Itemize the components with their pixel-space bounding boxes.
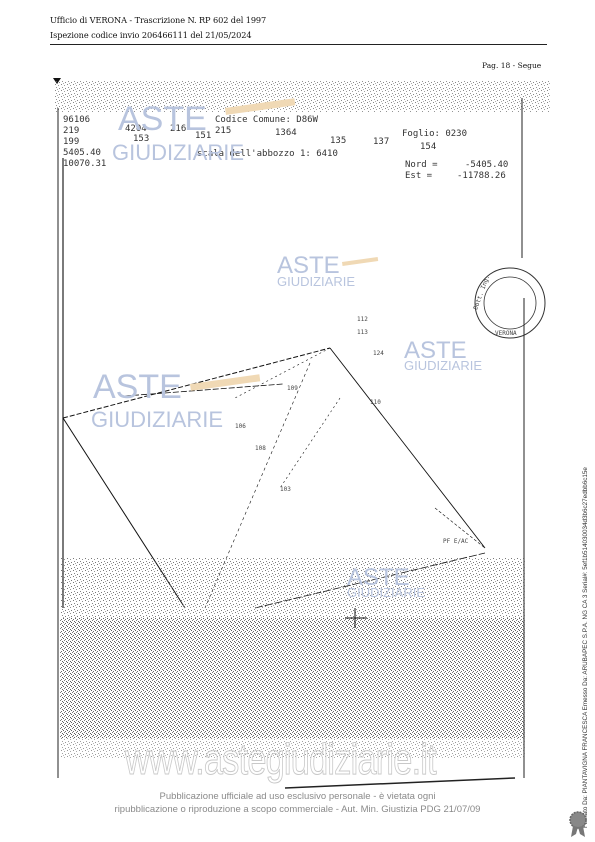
code-value: 10070.31 <box>63 159 106 169</box>
url-watermark: www.astegiudiziarie.it <box>125 735 436 785</box>
east-label: Est = <box>405 171 433 181</box>
code-value: 219 <box>63 126 79 136</box>
corner-label: PF E/AC <box>443 538 469 545</box>
north-label: Nord = <box>405 160 438 170</box>
footer-notice-line2: ripubblicazione o riproduzione a scopo c… <box>0 804 595 815</box>
parcel-value: 137 <box>373 137 389 147</box>
document-header-office: Ufficio di VERONA - Trascrizione N. RP 6… <box>50 15 266 25</box>
code-value: 96106 <box>63 115 90 125</box>
header-divider <box>50 44 547 45</box>
parcel-value: 153 <box>133 134 149 144</box>
parcel-value: 151 <box>195 131 211 141</box>
north-value: -5405.40 <box>465 160 508 170</box>
digital-signature-note: Firmato Da: PIANTAVIGNA FRANCESCA Emesso… <box>582 388 589 828</box>
point-label: 108 <box>255 445 266 452</box>
svg-text:VERONA: VERONA <box>495 330 517 337</box>
document-header-inspection: Ispezione codice invio 206466111 del 21/… <box>50 30 251 40</box>
footer-notice-line1: Pubblicazione ufficiale ad uso esclusivo… <box>0 791 595 802</box>
point-label: 124 <box>373 350 384 357</box>
engineer-stamp: Dott. Ing. VERONA <box>472 268 545 338</box>
cadastral-map-scan: 96106 219 199 5405.40 10070.31 Codice Co… <box>55 78 550 800</box>
parcel-value: 4204 <box>125 124 147 134</box>
point-label: 113 <box>357 329 368 336</box>
sheet-label: Foglio: 0230 <box>402 129 467 139</box>
point-label: 112 <box>357 316 368 323</box>
point-label: 103 <box>280 486 291 493</box>
point-label: 110 <box>370 399 381 406</box>
parcel-value: 135 <box>330 136 346 146</box>
parcel-value: 215 <box>215 126 231 136</box>
svg-text:Dott. Ing.: Dott. Ing. <box>472 274 491 310</box>
scale-label: scala dell'abbozzo 1: 6410 <box>197 149 338 159</box>
point-label: 106 <box>235 423 246 430</box>
page-number: Pag. 18 - Segue <box>482 61 541 70</box>
code-value: 5405.40 <box>63 148 101 158</box>
seal-ribbon-icon <box>567 810 589 838</box>
parcel-value: 1364 <box>275 128 297 138</box>
point-label: 109 <box>287 385 298 392</box>
codice-comune: Codice Comune: D86W <box>215 115 319 125</box>
parcel-value: 216 <box>170 124 186 134</box>
parcel-value: 154 <box>420 142 436 152</box>
east-value: -11788.26 <box>457 171 506 181</box>
code-value: 199 <box>63 137 79 147</box>
